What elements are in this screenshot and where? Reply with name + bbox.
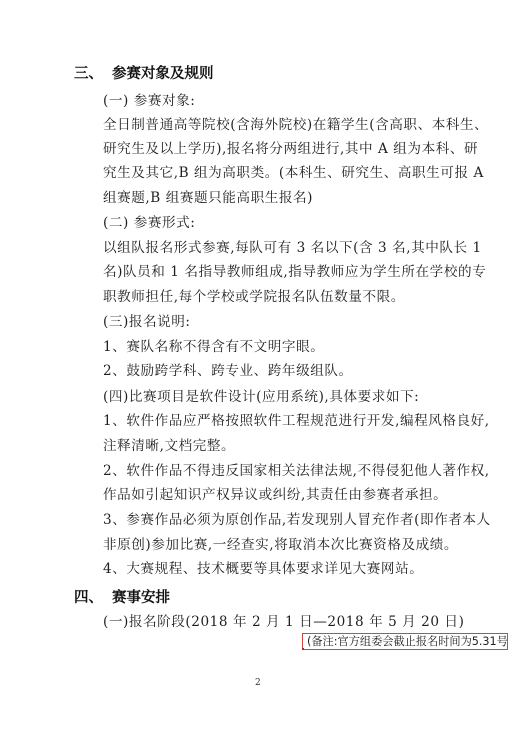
paragraph-line: 名)队员和 1 名指导教师组成,指导教师应为学生所在学校的专 — [103, 263, 486, 281]
list-item: 1、赛队名称不得含有不文明字眼。 — [103, 338, 324, 356]
paragraph-line: 3、参赛作品必须为原创作品,若发现别人冒充作者(即作者本人 — [103, 511, 491, 529]
section-heading-3: 三、参赛对象及规则 — [74, 65, 214, 83]
paragraph-line: 职教师担任,每个学校或学院报名队伍数量不限。 — [103, 288, 405, 306]
paragraph-line: 作品如引起知识产权异议或纠纷,其责任由参赛者承担。 — [103, 486, 447, 504]
paragraph-line: 非原创)参加比赛,一经查实,将取消本次比赛资格及成绩。 — [103, 536, 458, 554]
paragraph-line: 组赛题,B 组赛题只能高职生报名) — [103, 189, 313, 207]
list-item: 2、鼓励跨学科、跨专业、跨年级组队。 — [103, 362, 353, 380]
subsection-label: (三)报名说明: — [103, 313, 191, 331]
section-number: 四、 — [74, 589, 112, 607]
section-heading-4: 四、赛事安排 — [74, 589, 170, 607]
subsection-label: (二) 参赛形式: — [103, 214, 195, 232]
section-number: 三、 — [74, 65, 112, 83]
subsection-label: (一)报名阶段(2018 年 2 月 1 日—2018 年 5 月 20 日) — [103, 613, 464, 631]
section-title: 赛事安排 — [112, 590, 170, 606]
paragraph-line: 注释清晰,文档完整。 — [103, 437, 235, 455]
paragraph-line: 1、软件作品应严格按照软件工程规范进行开发,编程风格良好, — [103, 412, 490, 430]
paragraph-line: 以组队报名形式参赛,每队可有 3 名以下(含 3 名,其中队长 1 — [103, 239, 482, 257]
paragraph-line: 4、大赛规程、技术概要等具体要求详见大赛网站。 — [103, 560, 423, 578]
annotation-marker — [302, 648, 304, 650]
subsection-label: (四)比赛项目是软件设计(应用系统),具体要求如下: — [103, 388, 419, 406]
annotation-note: (备注:官方组委会截止报名时间为5.31号 — [302, 633, 508, 650]
page-number: 2 — [255, 677, 261, 689]
paragraph-line: 全日制普通高等院校(含海外院校)在籍学生(含高职、本科生、 — [103, 116, 488, 134]
section-title: 参赛对象及规则 — [112, 66, 214, 82]
paragraph-line: 2、软件作品不得违反国家相关法律法规,不得侵犯他人著作权, — [103, 462, 490, 480]
subsection-label: (一) 参赛对象: — [103, 92, 195, 110]
paragraph-line: 究生及其它,B 组为高职类。(本科生、研究生、高职生可报 A — [103, 164, 484, 182]
paragraph-line: 研究生及以上学历),报名将分两组进行,其中 A 组为本科、研 — [103, 140, 478, 158]
document-page: 三、参赛对象及规则 (一) 参赛对象: 全日制普通高等院校(含海外院校)在籍学生… — [0, 0, 518, 742]
